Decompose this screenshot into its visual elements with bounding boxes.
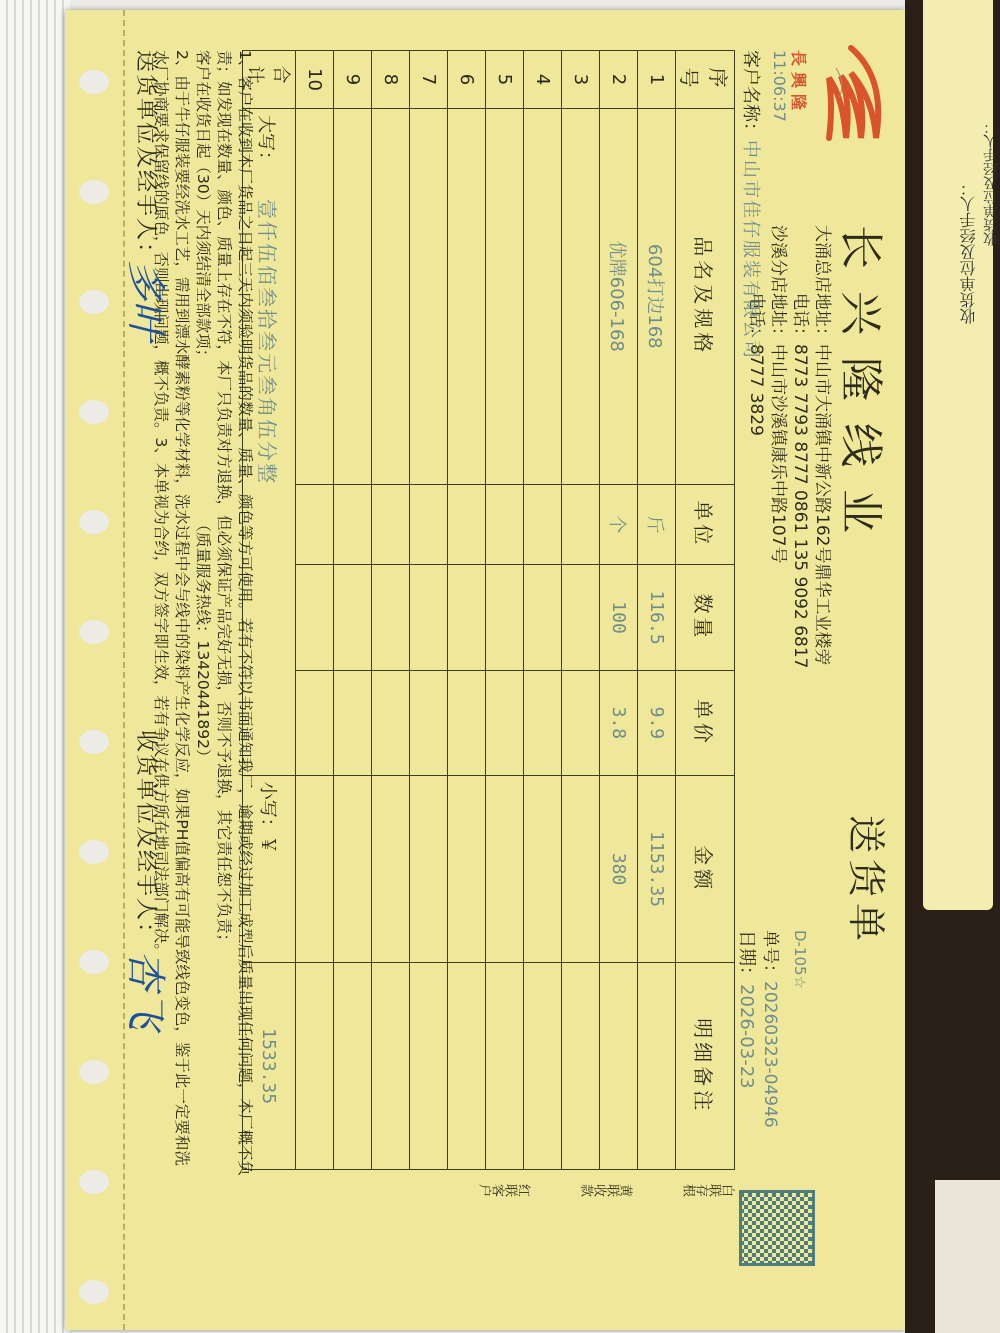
branch-address: 沙溪分店地址：中山市沙溪镇康乐中路107号 [768,225,793,563]
row-no: 8 [372,51,410,109]
table-row: 6 [448,51,486,1170]
print-time: 11:06:37 [770,50,789,122]
background-paper-corner [935,1180,1000,1333]
order-number: 单号：20260323-04946 [760,930,785,1128]
receiver-signature: 杏飞 [120,950,177,1030]
row-note [600,963,638,1170]
table-row: 7 [410,51,448,1170]
company-logo-icon [811,38,891,148]
receiver-signature-label: 收货单位及经手人： [132,730,163,946]
perforated-strip [65,10,125,1330]
tractor-hole [79,1170,109,1194]
order-date-value: 2026-03-23 [736,984,757,1089]
qr-code-icon [739,1190,815,1266]
table-row: 3 [562,51,600,1170]
in-words-value: 壹仟伍佰叁拾叁元叁角伍分整 [256,199,280,485]
order-number-value: 20260323-04946 [760,981,780,1128]
table-row: 2 优牌606-168 个 100 3.8 380 [600,51,638,1170]
paper-stack-edges [0,0,70,1333]
sender-signature: 多叶 [120,260,177,340]
row-name: 604打边168 [638,109,676,484]
row-unit: 斤 [638,484,676,565]
row-name: 优牌606-168 [600,109,638,484]
customer: 客户名称：中山市佳仔服装有限公司 [739,50,765,360]
row-no: 10 [296,51,334,109]
row-note [638,963,676,1170]
copy-red-customer: 红联客户 [479,1180,531,1196]
tractor-hole [79,840,109,864]
document-title: 送货单 [842,815,897,947]
table-row: 8 [372,51,410,1170]
header-qty: 数量 [676,565,735,671]
logo-text: 長興隆 [788,50,811,116]
head-office-phone: 电话：8773 7793 8777 0861 135 9092 6817 [790,225,815,668]
header-price: 单价 [676,671,735,776]
order-date: 日期：2026-03-23 [735,930,761,1089]
customer-name: 中山市佳仔服装有限公司 [740,140,761,360]
row-no: 4 [524,51,562,109]
row-no: 3 [562,51,600,109]
head-office-address: 大涌总店地址：中山市大涌镇中新公路162号鼎华工业楼旁 [812,225,837,665]
copy-yellow-payment: 黄联收款 [581,1180,633,1196]
tractor-hole [79,400,109,424]
table-row: 4 [524,51,562,1170]
table-row: 5 [486,51,524,1170]
tractor-hole [79,290,109,314]
background-receiver-label-1: 收货单位及经手人： [981,120,1000,246]
header-name: 品名及规格 [676,109,735,484]
tractor-hole [79,950,109,974]
table-header-row: 序号 品名及规格 单位 数量 单价 金额 明细备注 [676,51,735,1170]
head-office-address-value: 中山市大涌镇中新公路162号鼎华工业楼旁 [812,344,832,665]
row-unit: 个 [600,484,638,565]
terms-line-1: 1、客户在收到本厂货品之日起三天内须验明货品的数量、质量、颜色等方可使用。若有不… [213,50,255,1180]
sender-signature-label: 送货单位及经手人： [132,50,163,266]
branch-address-value: 中山市沙溪镇康乐中路107号 [768,344,788,563]
tractor-hole [79,180,109,204]
order-date-label: 日期： [736,930,757,984]
tractor-hole [79,620,109,644]
copy-white-stub: 白联存根 [683,1180,735,1196]
table-row: 10 [296,51,334,1170]
tractor-hole [79,1280,109,1304]
background-receiver-label-2: 收货单位及经手人： [957,180,980,324]
company-name: 长兴隆线业 [833,225,897,555]
row-no: 1 [638,51,676,109]
table-row: 1 604打边168 斤 116.5 9.9 1153.35 [638,51,676,1170]
head-office-phone-label: 电话： [790,293,810,344]
row-no: 7 [410,51,448,109]
items-table: 序号 品名及规格 单位 数量 单价 金额 明细备注 1 604打边168 斤 1… [242,50,735,1170]
header-amount: 金额 [676,775,735,963]
tractor-hole [79,70,109,94]
row-no: 2 [600,51,638,109]
background-sheet: 收货单位及经手人： 收货单位及经手人： 双方签字即生效，若有争议在供方所在地司法… [905,0,1000,1333]
table-row: 9 [334,51,372,1170]
quality-hotline: （质量服务热线：13420441892） [194,524,212,764]
delivery-note-sheet: 長興隆 11:06:37 长兴隆线业 送货单 大涌总店地址：中山市大涌镇中新公路… [65,10,905,1330]
row-no: 6 [448,51,486,109]
row-price: 9.9 [638,671,676,776]
document-code: D-105☆ [791,930,809,989]
row-no: 9 [334,51,372,109]
row-price: 3.8 [600,671,638,776]
tractor-hole [79,510,109,534]
order-number-label: 单号： [760,930,780,981]
row-no: 5 [486,51,524,109]
terms-line-2: 客户在收货日起（30）天内须结清全部款项；（质量服务热线：13420441892… [192,50,213,1180]
in-words-label: 大写： [256,115,277,169]
header-unit: 单位 [676,484,735,565]
delivery-note: 長興隆 11:06:37 长兴隆线业 送货单 大涌总店地址：中山市大涌镇中新公路… [65,10,905,1330]
tractor-hole [79,1060,109,1084]
customer-label: 客户名称： [740,50,761,140]
row-qty: 116.5 [638,565,676,671]
row-qty: 100 [600,565,638,671]
head-office-phone-value: 8773 7793 8777 0861 135 9092 6817 [790,344,810,668]
row-amount: 380 [600,775,638,963]
background-paper: 收货单位及经手人： 收货单位及经手人： 双方签字即生效，若有争议在供方所在地司法… [923,0,993,910]
header-note: 明细备注 [676,963,735,1170]
copy-labels: 白联存根 黄联收款 红联客户 [429,1180,735,1220]
branch-label: 沙溪分店地址： [768,225,788,344]
tractor-hole [79,730,109,754]
row-amount: 1153.35 [638,775,676,963]
header-no: 序号 [676,51,735,109]
head-office-label: 大涌总店地址： [812,225,837,344]
